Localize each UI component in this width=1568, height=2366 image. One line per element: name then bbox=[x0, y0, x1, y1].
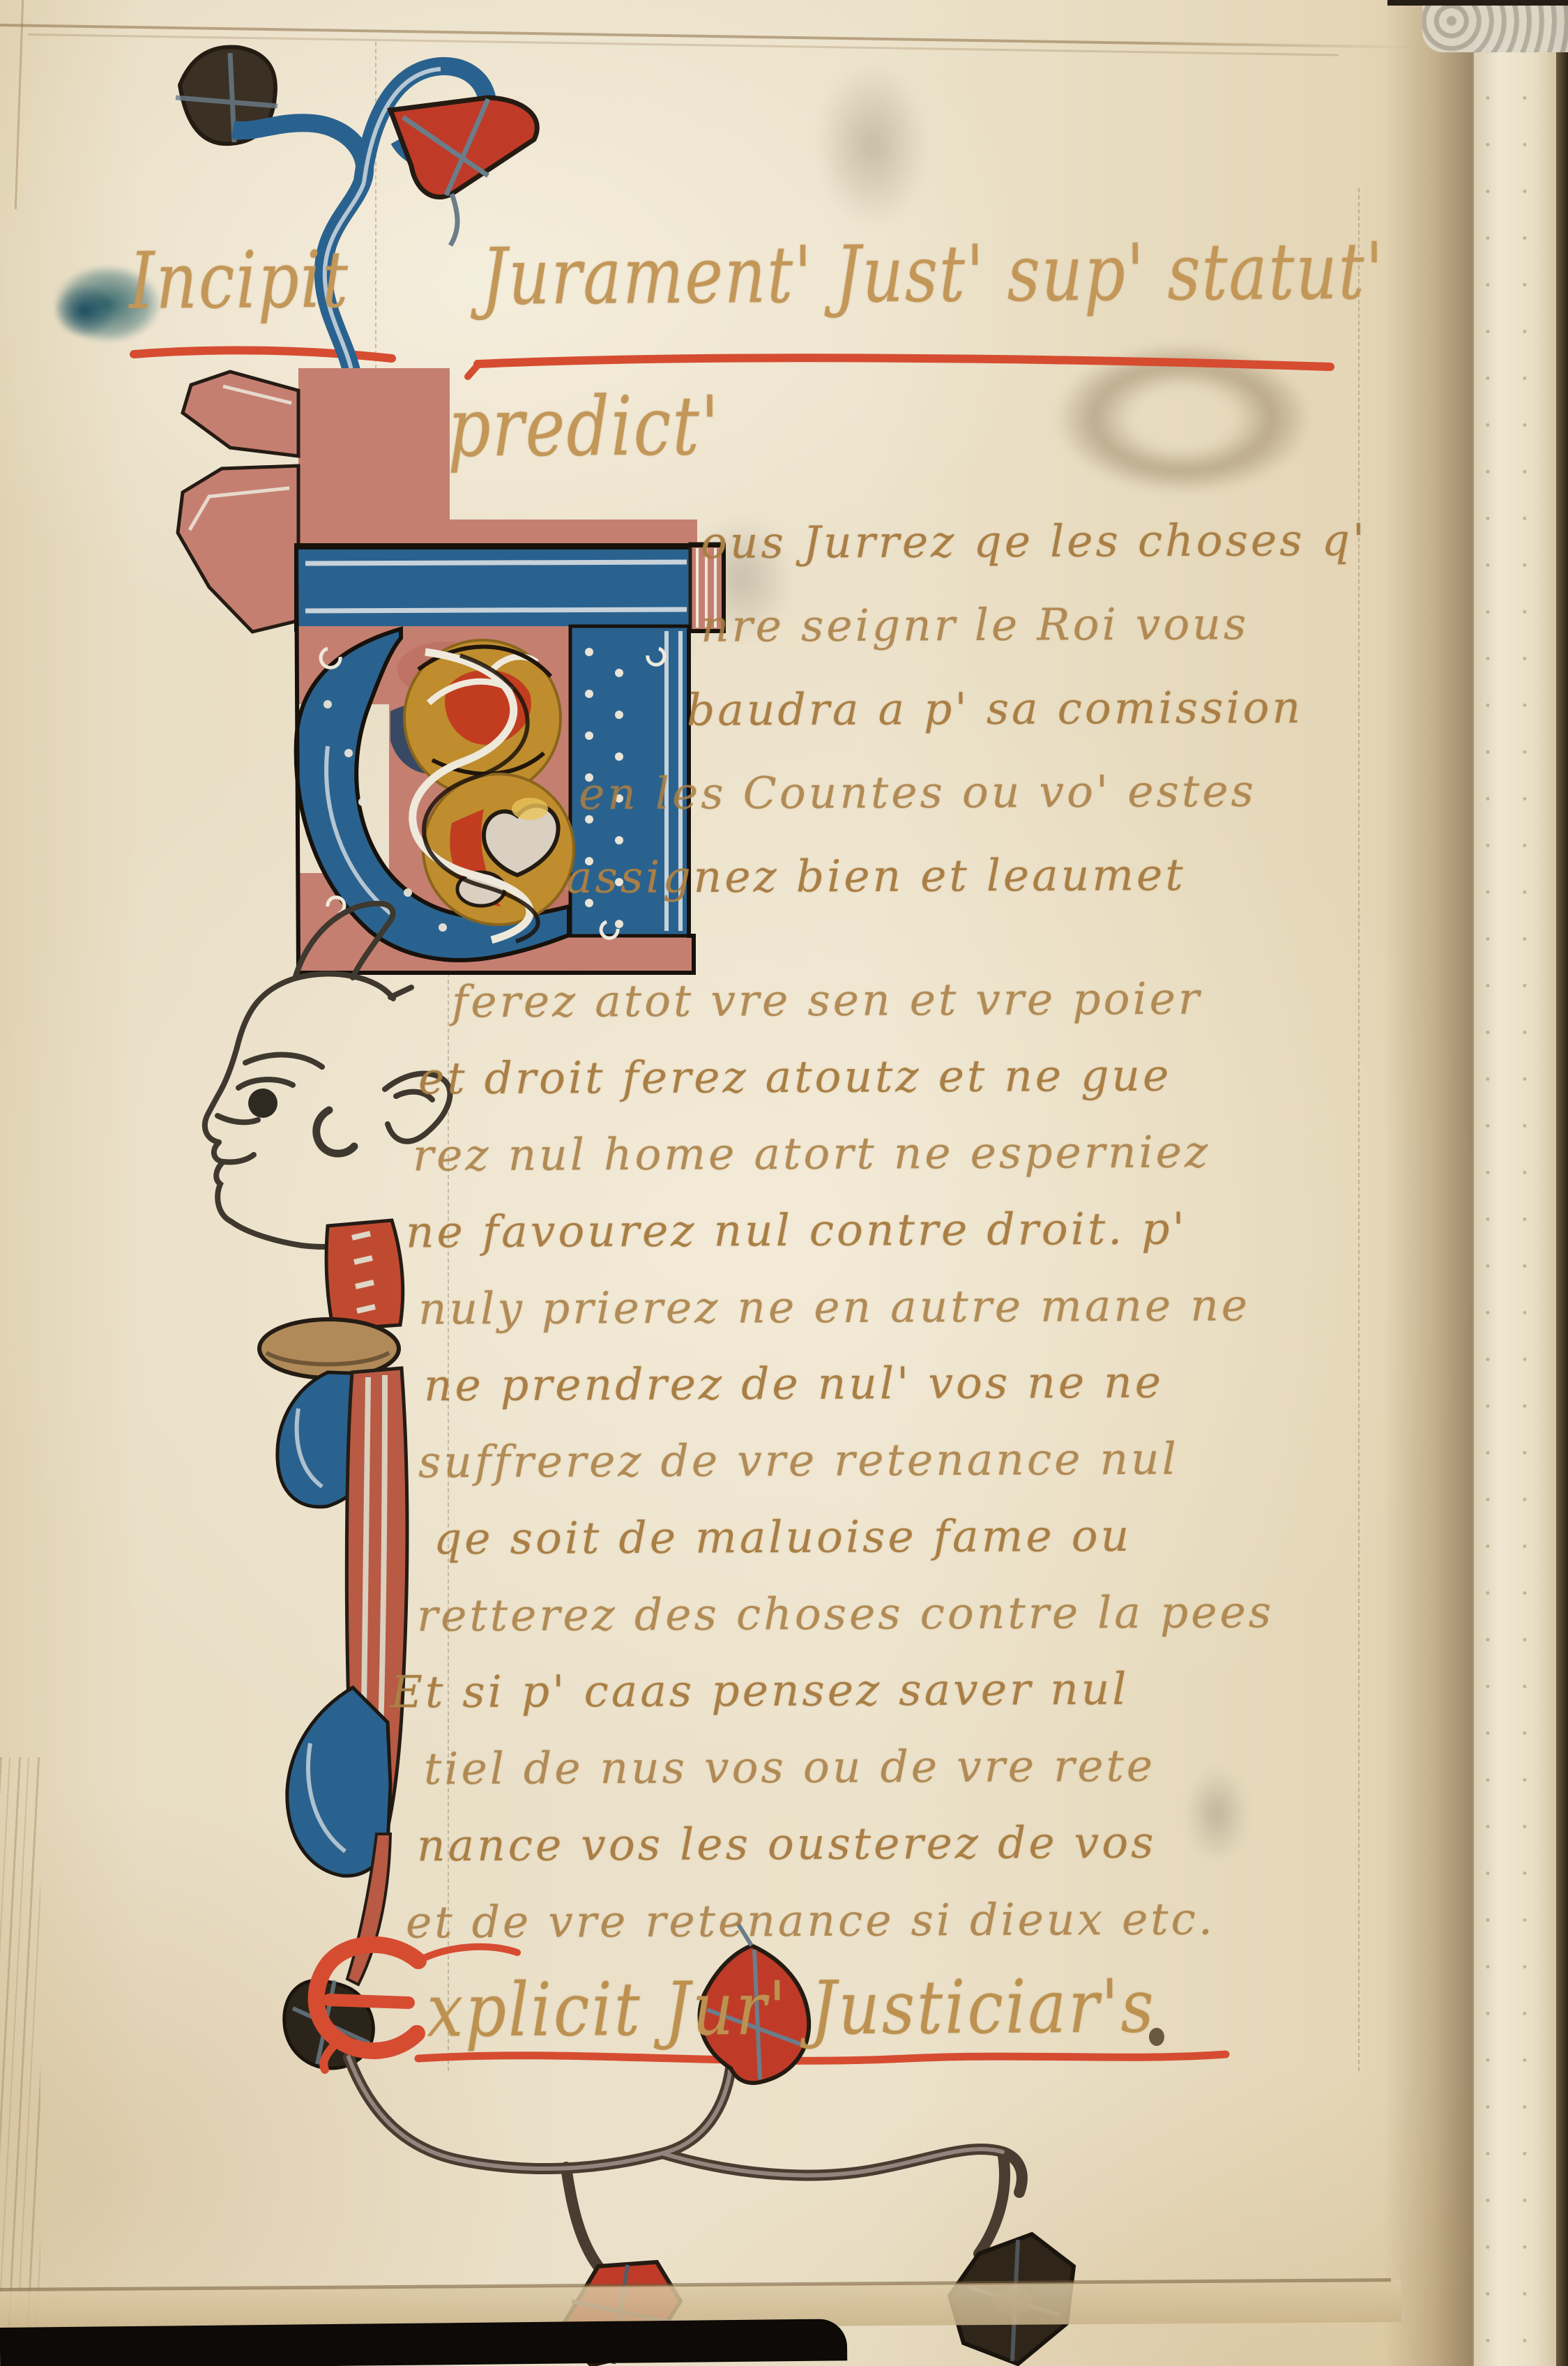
text-line: en les Countes ou vo' estes bbox=[579, 766, 1256, 819]
text-line: nre seignr le Roi vous bbox=[701, 598, 1249, 651]
text-line: ne prendrez de nul' vos ne ne bbox=[424, 1357, 1164, 1411]
manuscript-photo: Incipit Jurament' Just' sup' statut' pre… bbox=[0, 0, 1568, 2366]
text-line: et droit ferez atoutz et ne gue bbox=[418, 1050, 1172, 1105]
text-line: rez nul home atort ne esperniez bbox=[413, 1127, 1210, 1181]
text-line: nance vos les ousterez de vos bbox=[417, 1817, 1157, 1872]
text-line: et de vre retenance si dieux etc. bbox=[406, 1893, 1215, 1948]
background-below-page bbox=[0, 2319, 847, 2366]
red-underline-explicit bbox=[418, 2054, 1226, 2061]
red-leaf-icon bbox=[390, 98, 537, 197]
heading-incipit-rest: Jurament' Just' sup' statut' bbox=[481, 226, 1385, 323]
binding-headband bbox=[1422, 0, 1568, 52]
pink-wing-top bbox=[183, 372, 298, 456]
text-line: tiel de nus vos ou de vre rete bbox=[424, 1741, 1155, 1795]
heading-incipit-word: Incipit bbox=[129, 234, 349, 327]
leaf-edges-stack bbox=[0, 1757, 40, 2366]
text-line: ne favourez nul contre droit. p' bbox=[406, 1204, 1187, 1258]
heading-line2: predict' bbox=[448, 379, 721, 476]
text-line: ous Jurrez qe les choses q' bbox=[701, 515, 1368, 568]
next-leaf-speckle bbox=[1477, 42, 1556, 2364]
text-line: assignez bien et leaumet bbox=[566, 849, 1186, 903]
text-line: Et si p' caas pensez saver nul bbox=[390, 1664, 1129, 1718]
text-line: nuly prierez ne en autre mane ne bbox=[418, 1280, 1250, 1334]
text-line: retterez des choses contre la pees bbox=[417, 1586, 1274, 1641]
explicit-line: xplicit Jur' Justiciar's bbox=[427, 1964, 1156, 2054]
text-line: qe soit de maluoise fame ou bbox=[434, 1510, 1132, 1564]
binding-top-edge bbox=[1387, 0, 1568, 6]
text-line: ferez atot vre sen et vre poier bbox=[452, 973, 1202, 1028]
text-line: suffrerez de vre retenance nul bbox=[418, 1434, 1179, 1488]
gutter-shadow bbox=[1384, 0, 1476, 2366]
gutter-crease bbox=[1556, 0, 1568, 2366]
text-line: baudra a p' sa comission bbox=[687, 682, 1303, 736]
bar-border bbox=[259, 1220, 407, 1985]
